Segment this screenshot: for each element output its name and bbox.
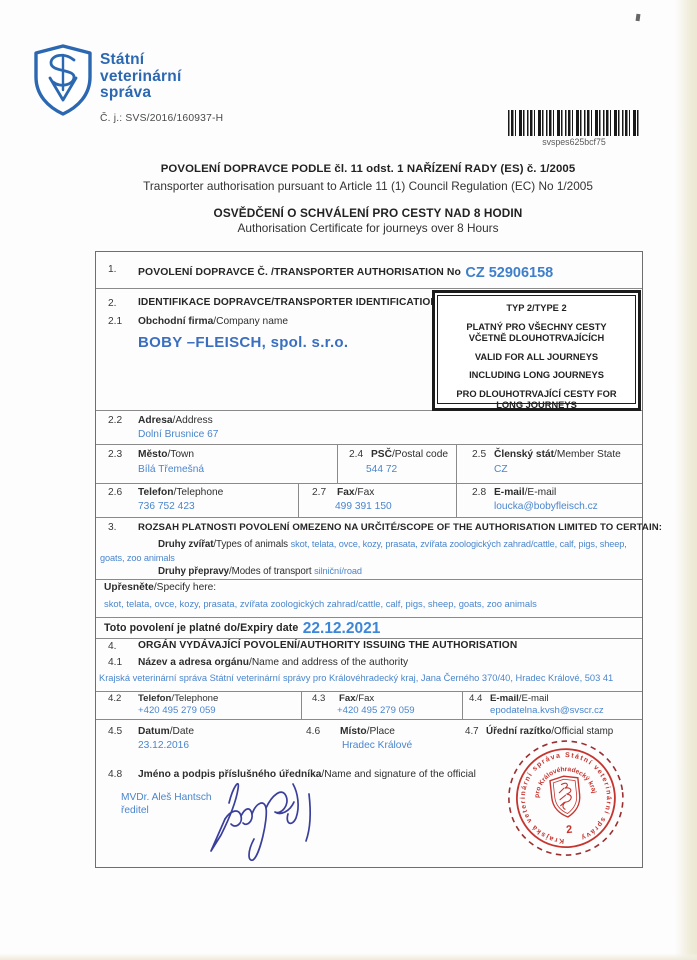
- authority-name-value: Krajská veterinární správa Státní veteri…: [99, 673, 613, 683]
- document-title-cz: POVOLENÍ DOPRAVCE PODLE čl. 11 odst. 1 N…: [95, 163, 641, 175]
- postal-code-cell: 2.4 PSČ/Postal code 544 72: [337, 444, 457, 483]
- expiry-value: 22.12.2021: [303, 620, 381, 637]
- item-number: 4.: [108, 641, 117, 652]
- type2-line: PLATNÝ PRO VŠECHNY CESTY VČETNĚ DLOUHOTR…: [448, 322, 625, 345]
- certificate-title-cz: OSVĚDČENÍ O SCHVÁLENÍ PRO CESTY NAD 8 HO…: [95, 206, 641, 220]
- email-cell: 2.8 E-mail/E-mail loucka@bobyfleisch.cz: [456, 483, 643, 517]
- logo-line: veterinární: [100, 69, 181, 86]
- item-number: 4.3: [312, 693, 325, 704]
- item-number: 4.8: [108, 769, 122, 780]
- item-number: 2.8: [472, 487, 486, 498]
- expiry-line: Toto povolení je platné do/Expiry date 2…: [104, 618, 380, 638]
- stamp-inner-text: pro Královéhradecký kraj: [531, 763, 598, 800]
- authority-telephone-label: Telefon/Telephone: [138, 693, 218, 704]
- row-address: 2.2 Adresa/Address Dolní Brusnice 67: [96, 410, 642, 445]
- member-state-cell: 2.5 Členský stát/Member State CZ: [456, 444, 643, 483]
- item-number: 2.4: [349, 449, 363, 460]
- row-date-place-signature: 4.5 Datum/Date 23.12.2016 4.6 Místo/Plac…: [96, 719, 642, 867]
- town-value: Bílá Třemešná: [138, 464, 204, 475]
- authority-fax-value: +420 495 279 059: [337, 705, 415, 716]
- postal-code-value: 544 72: [366, 464, 397, 475]
- row-authorisation-number: 1. POVOLENÍ DOPRAVCE Č. /TRANSPORTER AUT…: [96, 252, 642, 289]
- authority-name-label: Název a adresa orgánu/Name and address o…: [138, 657, 408, 668]
- item-number: 4.2: [108, 693, 121, 704]
- authority-email-label: E-mail/E-mail: [490, 693, 549, 704]
- address-label: Adresa/Address: [138, 415, 213, 426]
- identification-title: IDENTIFIKACE DOPRAVCE/TRANSPORTER IDENTI…: [138, 297, 438, 308]
- row-town-postal-state: 2.3 Město/Town Bílá Třemešná 2.4 PSČ/Pos…: [96, 444, 642, 484]
- item-number: 4.5: [108, 726, 122, 737]
- telephone-label: Telefon/Telephone: [138, 487, 223, 498]
- authority-title: ORGÁN VYDÁVAJÍCÍ POVOLENÍ/AUTHORITY ISSU…: [138, 640, 517, 651]
- row-specify: Upřesněte/Specify here: skot, telata, ov…: [96, 579, 642, 618]
- authority-telephone-cell: 4.2 Telefon/Telephone +420 495 279 059: [96, 691, 301, 719]
- item-number: 2.7: [312, 487, 326, 498]
- document-title-en: Transporter authorisation pursuant to Ar…: [95, 179, 641, 193]
- type2-box: TYP 2/TYPE 2 PLATNÝ PRO VŠECHNY CESTY VČ…: [432, 290, 641, 411]
- member-state-value: CZ: [494, 464, 508, 475]
- transport-modes-value: silniční/road: [314, 566, 362, 576]
- authorisation-number-label: POVOLENÍ DOPRAVCE Č. /TRANSPORTER AUTHOR…: [138, 267, 461, 278]
- fax-value: 499 391 150: [335, 501, 392, 512]
- row-authority-contacts: 4.2 Telefon/Telephone +420 495 279 059 4…: [96, 691, 642, 720]
- official-role-value: ředitel: [121, 805, 149, 816]
- email-value: loucka@bobyfleisch.cz: [494, 501, 598, 512]
- scan-edge-bottom: [0, 953, 697, 960]
- town-cell: 2.3 Město/Town Bílá Třemešná: [96, 444, 337, 483]
- row-scope: 3. ROZSAH PLATNOSTI POVOLENÍ OMEZENO NA …: [96, 517, 642, 580]
- item-number: 2.6: [108, 487, 122, 498]
- row-transporter-identification: 2. IDENTIFIKACE DOPRAVCE/TRANSPORTER IDE…: [96, 288, 642, 411]
- authority-fax-cell: 4.3 Fax/Fax +420 495 279 059: [301, 691, 463, 719]
- company-name-label: Obchodní firma/Company name: [138, 316, 288, 327]
- item-number: 2.5: [472, 449, 486, 460]
- postal-code-label: PSČ/Postal code: [371, 449, 448, 460]
- official-stamp: Krajská veterinární správa Státní veteri…: [487, 722, 647, 876]
- company-name-value: BOBY –FLEISCH, spol. s.r.o.: [138, 334, 348, 351]
- item-number: 2.3: [108, 449, 122, 460]
- row-expiry-date: Toto povolení je platné do/Expiry date 2…: [96, 617, 642, 639]
- scanned-page: Státní veterinární správa Č. j.: SVS/201…: [0, 0, 697, 960]
- animal-types-line: Druhy zvířat/Types of animals skot, tela…: [100, 538, 638, 564]
- item-number: 4.1: [108, 657, 122, 668]
- address-value: Dolní Brusnice 67: [138, 429, 218, 440]
- telephone-value: 736 752 423: [138, 501, 195, 512]
- town-label: Město/Town: [138, 449, 194, 460]
- barcode: [508, 110, 640, 136]
- barcode-text: svspes625bcf75: [508, 137, 640, 147]
- member-state-label: Členský stát/Member State: [494, 449, 621, 460]
- authority-email-value: epodatelna.kvsh@svscr.cz: [490, 705, 604, 716]
- logo-line: Státní: [100, 52, 181, 69]
- stamp-number: 2: [566, 824, 573, 837]
- authority-fax-label: Fax/Fax: [339, 693, 374, 704]
- logo-line: správa: [100, 85, 181, 102]
- scan-edge-right: [675, 0, 697, 960]
- svs-logo-shield-icon: [33, 43, 93, 117]
- type2-line: TYP 2/TYPE 2: [448, 303, 625, 315]
- date-value: 23.12.2016: [138, 740, 189, 751]
- item-number: 4.4: [469, 693, 482, 704]
- telephone-cell: 2.6 Telefon/Telephone 736 752 423: [96, 483, 298, 517]
- transport-modes-line: Druhy přepravy/Modes of transport silnič…: [158, 565, 362, 579]
- place-label: Místo/Place: [340, 726, 395, 737]
- svg-text:pro Královéhradecký kraj: pro Královéhradecký kraj: [531, 763, 598, 800]
- type2-line: PRO DLOUHOTRVAJÍCÍ CESTY FOR LONG JOURNE…: [448, 389, 625, 412]
- email-label: E-mail/E-mail: [494, 487, 556, 498]
- item-number: 2.1: [108, 316, 122, 327]
- type2-line: VALID FOR ALL JOURNEYS: [448, 352, 625, 364]
- authority-telephone-value: +420 495 279 059: [138, 705, 216, 716]
- item-number: 4.7: [465, 726, 479, 737]
- type2-line: INCLUDING LONG JOURNEYS: [448, 370, 625, 382]
- place-value: Hradec Králové: [342, 740, 412, 751]
- fax-cell: 2.7 Fax/Fax 499 391 150: [298, 483, 457, 517]
- scan-speck: [636, 14, 641, 21]
- authorisation-table: 1. POVOLENÍ DOPRAVCE Č. /TRANSPORTER AUT…: [95, 251, 643, 868]
- row-issuing-authority: 4. ORGÁN VYDÁVAJÍCÍ POVOLENÍ/AUTHORITY I…: [96, 638, 642, 692]
- authorisation-number-value: CZ 52906158: [465, 265, 553, 281]
- item-number: 2.2: [108, 415, 122, 426]
- specify-value: skot, telata, ovce, kozy, prasata, zvířa…: [104, 598, 537, 609]
- specify-label: Upřesněte/Specify here:: [104, 582, 216, 593]
- file-reference-number: Č. j.: SVS/2016/160937-H: [100, 113, 223, 124]
- signature: [196, 767, 336, 867]
- certificate-title-en: Authorisation Certificate for journeys o…: [95, 221, 641, 235]
- scope-title: ROZSAH PLATNOSTI POVOLENÍ OMEZENO NA URČ…: [138, 522, 662, 533]
- item-number: 3.: [108, 522, 117, 533]
- logo-wordmark: Státní veterinární správa: [100, 52, 181, 102]
- authority-email-cell: 4.4 E-mail/E-mail epodatelna.kvsh@svscr.…: [462, 691, 643, 719]
- item-number: 2.: [108, 298, 117, 309]
- type2-box-content: TYP 2/TYPE 2 PLATNÝ PRO VŠECHNY CESTY VČ…: [437, 295, 636, 404]
- item-number: 4.6: [306, 726, 320, 737]
- date-label: Datum/Date: [138, 726, 194, 737]
- authorisation-number-line: POVOLENÍ DOPRAVCE Č. /TRANSPORTER AUTHOR…: [138, 262, 553, 281]
- item-number: 1.: [108, 264, 117, 275]
- fax-label: Fax/Fax: [337, 487, 374, 498]
- row-phone-fax-email: 2.6 Telefon/Telephone 736 752 423 2.7 Fa…: [96, 483, 642, 518]
- expiry-label: Toto povolení je platné do/Expiry date: [104, 622, 298, 634]
